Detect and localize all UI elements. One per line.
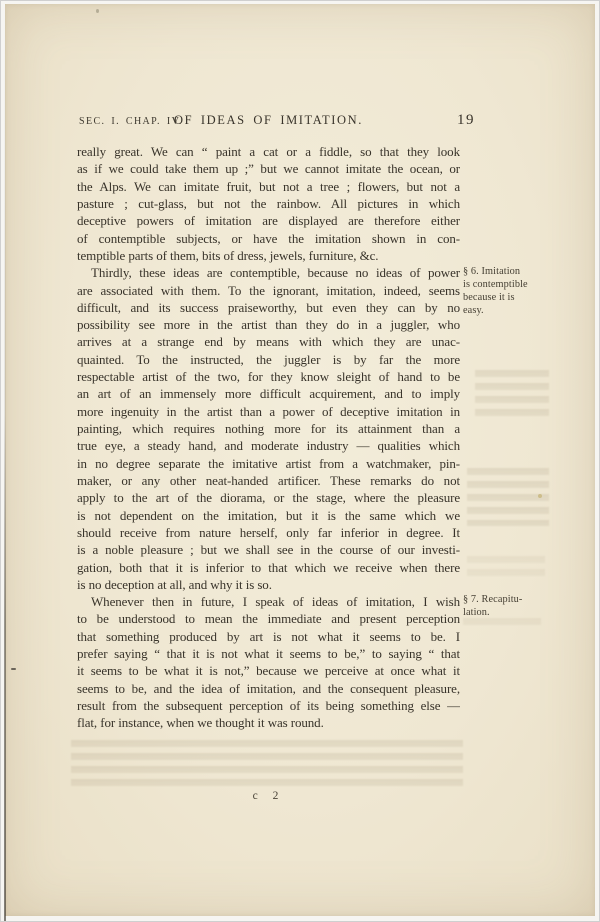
text-line: in no degree separate the imitative arti… bbox=[77, 455, 460, 472]
text-line: arrives at a strange end by means with w… bbox=[77, 333, 460, 350]
text-line: to be understood to mean the immediate a… bbox=[77, 610, 460, 627]
page-number: 19 bbox=[457, 112, 475, 129]
text-line: painting, which requires nothing more fo… bbox=[77, 420, 460, 437]
text-line: are associated with them. To the ignoran… bbox=[77, 282, 460, 299]
running-head-title: OF IDEAS OF IMITATION. bbox=[77, 113, 460, 128]
text-line: an art of an immensely more difficult ac… bbox=[77, 385, 460, 402]
text-line: result from the subsequent perception of… bbox=[77, 697, 460, 714]
page-edge-shadow bbox=[4, 1, 6, 921]
text-line: Whenever then in future, I speak of idea… bbox=[77, 593, 460, 610]
text-line: difficult, and its success praiseworthy,… bbox=[77, 299, 460, 316]
text-line: prefer saying “ that it is not what it s… bbox=[77, 645, 460, 662]
body-text: really great. We can “ paint a cat or a … bbox=[77, 143, 460, 732]
margin-note-section-7: § 7. Recapitu- lation. bbox=[463, 593, 551, 619]
text-line: gation, both that it is inferior to that… bbox=[77, 559, 460, 576]
text-line: more ingenuity in the artist than a powe… bbox=[77, 403, 460, 420]
text-line: the Alps. We can imitate fruit, but not … bbox=[77, 178, 460, 195]
text-line: that something produced by art is not wh… bbox=[77, 628, 460, 645]
text-line: possibility see more in the artist than … bbox=[77, 316, 460, 333]
text-line: flat, for instance, when we thought it w… bbox=[77, 714, 460, 731]
paper-speck bbox=[11, 668, 16, 670]
paper-speck bbox=[96, 9, 99, 13]
text-line: temptible parts of them, bits of dress, … bbox=[77, 247, 460, 264]
text-line: really great. We can “ paint a cat or a … bbox=[77, 143, 460, 160]
scanned-book-page-screenshot: { "header": { "left": "SEC. I. CHAP. IV.… bbox=[0, 0, 600, 922]
text-line: as if we could take them up ;” but we ca… bbox=[77, 160, 460, 177]
text-line: is no deception at all, and why it is so… bbox=[77, 576, 460, 593]
bleed-through-text bbox=[467, 468, 549, 526]
text-line: Thirdly, these ideas are contemptible, b… bbox=[77, 264, 460, 281]
text-line: is a noble pleasure ; but we shall see i… bbox=[77, 541, 460, 558]
text-line: quainted. To the instructed, the juggler… bbox=[77, 351, 460, 368]
text-line: seems to be, and the idea of imitation, … bbox=[77, 680, 460, 697]
text-line: of contemptible subjects, or have the im… bbox=[77, 230, 460, 247]
paper-speck bbox=[538, 494, 542, 498]
book-page: SEC. I. CHAP. IV. OF IDEAS OF IMITATION.… bbox=[5, 4, 595, 916]
text-line: true eye, a steady hand, and moderate in… bbox=[77, 437, 460, 454]
bleed-through-text bbox=[475, 370, 549, 418]
bleed-through-text bbox=[71, 740, 463, 792]
text-line: maker, or any other neat-handed artifice… bbox=[77, 472, 460, 489]
text-line: pasture ; cut-glass, but not the rainbow… bbox=[77, 195, 460, 212]
text-line: apply to the art of the diorama, or the … bbox=[77, 489, 460, 506]
text-line: deceptive powers of imitation are displa… bbox=[77, 212, 460, 229]
text-line: is not dependent on the imitation, but i… bbox=[77, 507, 460, 524]
bleed-through-text bbox=[463, 618, 541, 630]
text-line: it seems to be what it is not,” because … bbox=[77, 662, 460, 679]
text-line: should receive from nature herself, only… bbox=[77, 524, 460, 541]
bleed-through-text bbox=[467, 556, 545, 582]
margin-note-section-6: § 6. Imitation is contemptible because i… bbox=[463, 265, 551, 317]
text-line: respectable artist of the two, for they … bbox=[77, 368, 460, 385]
scan-border: SEC. I. CHAP. IV. OF IDEAS OF IMITATION.… bbox=[0, 0, 600, 922]
